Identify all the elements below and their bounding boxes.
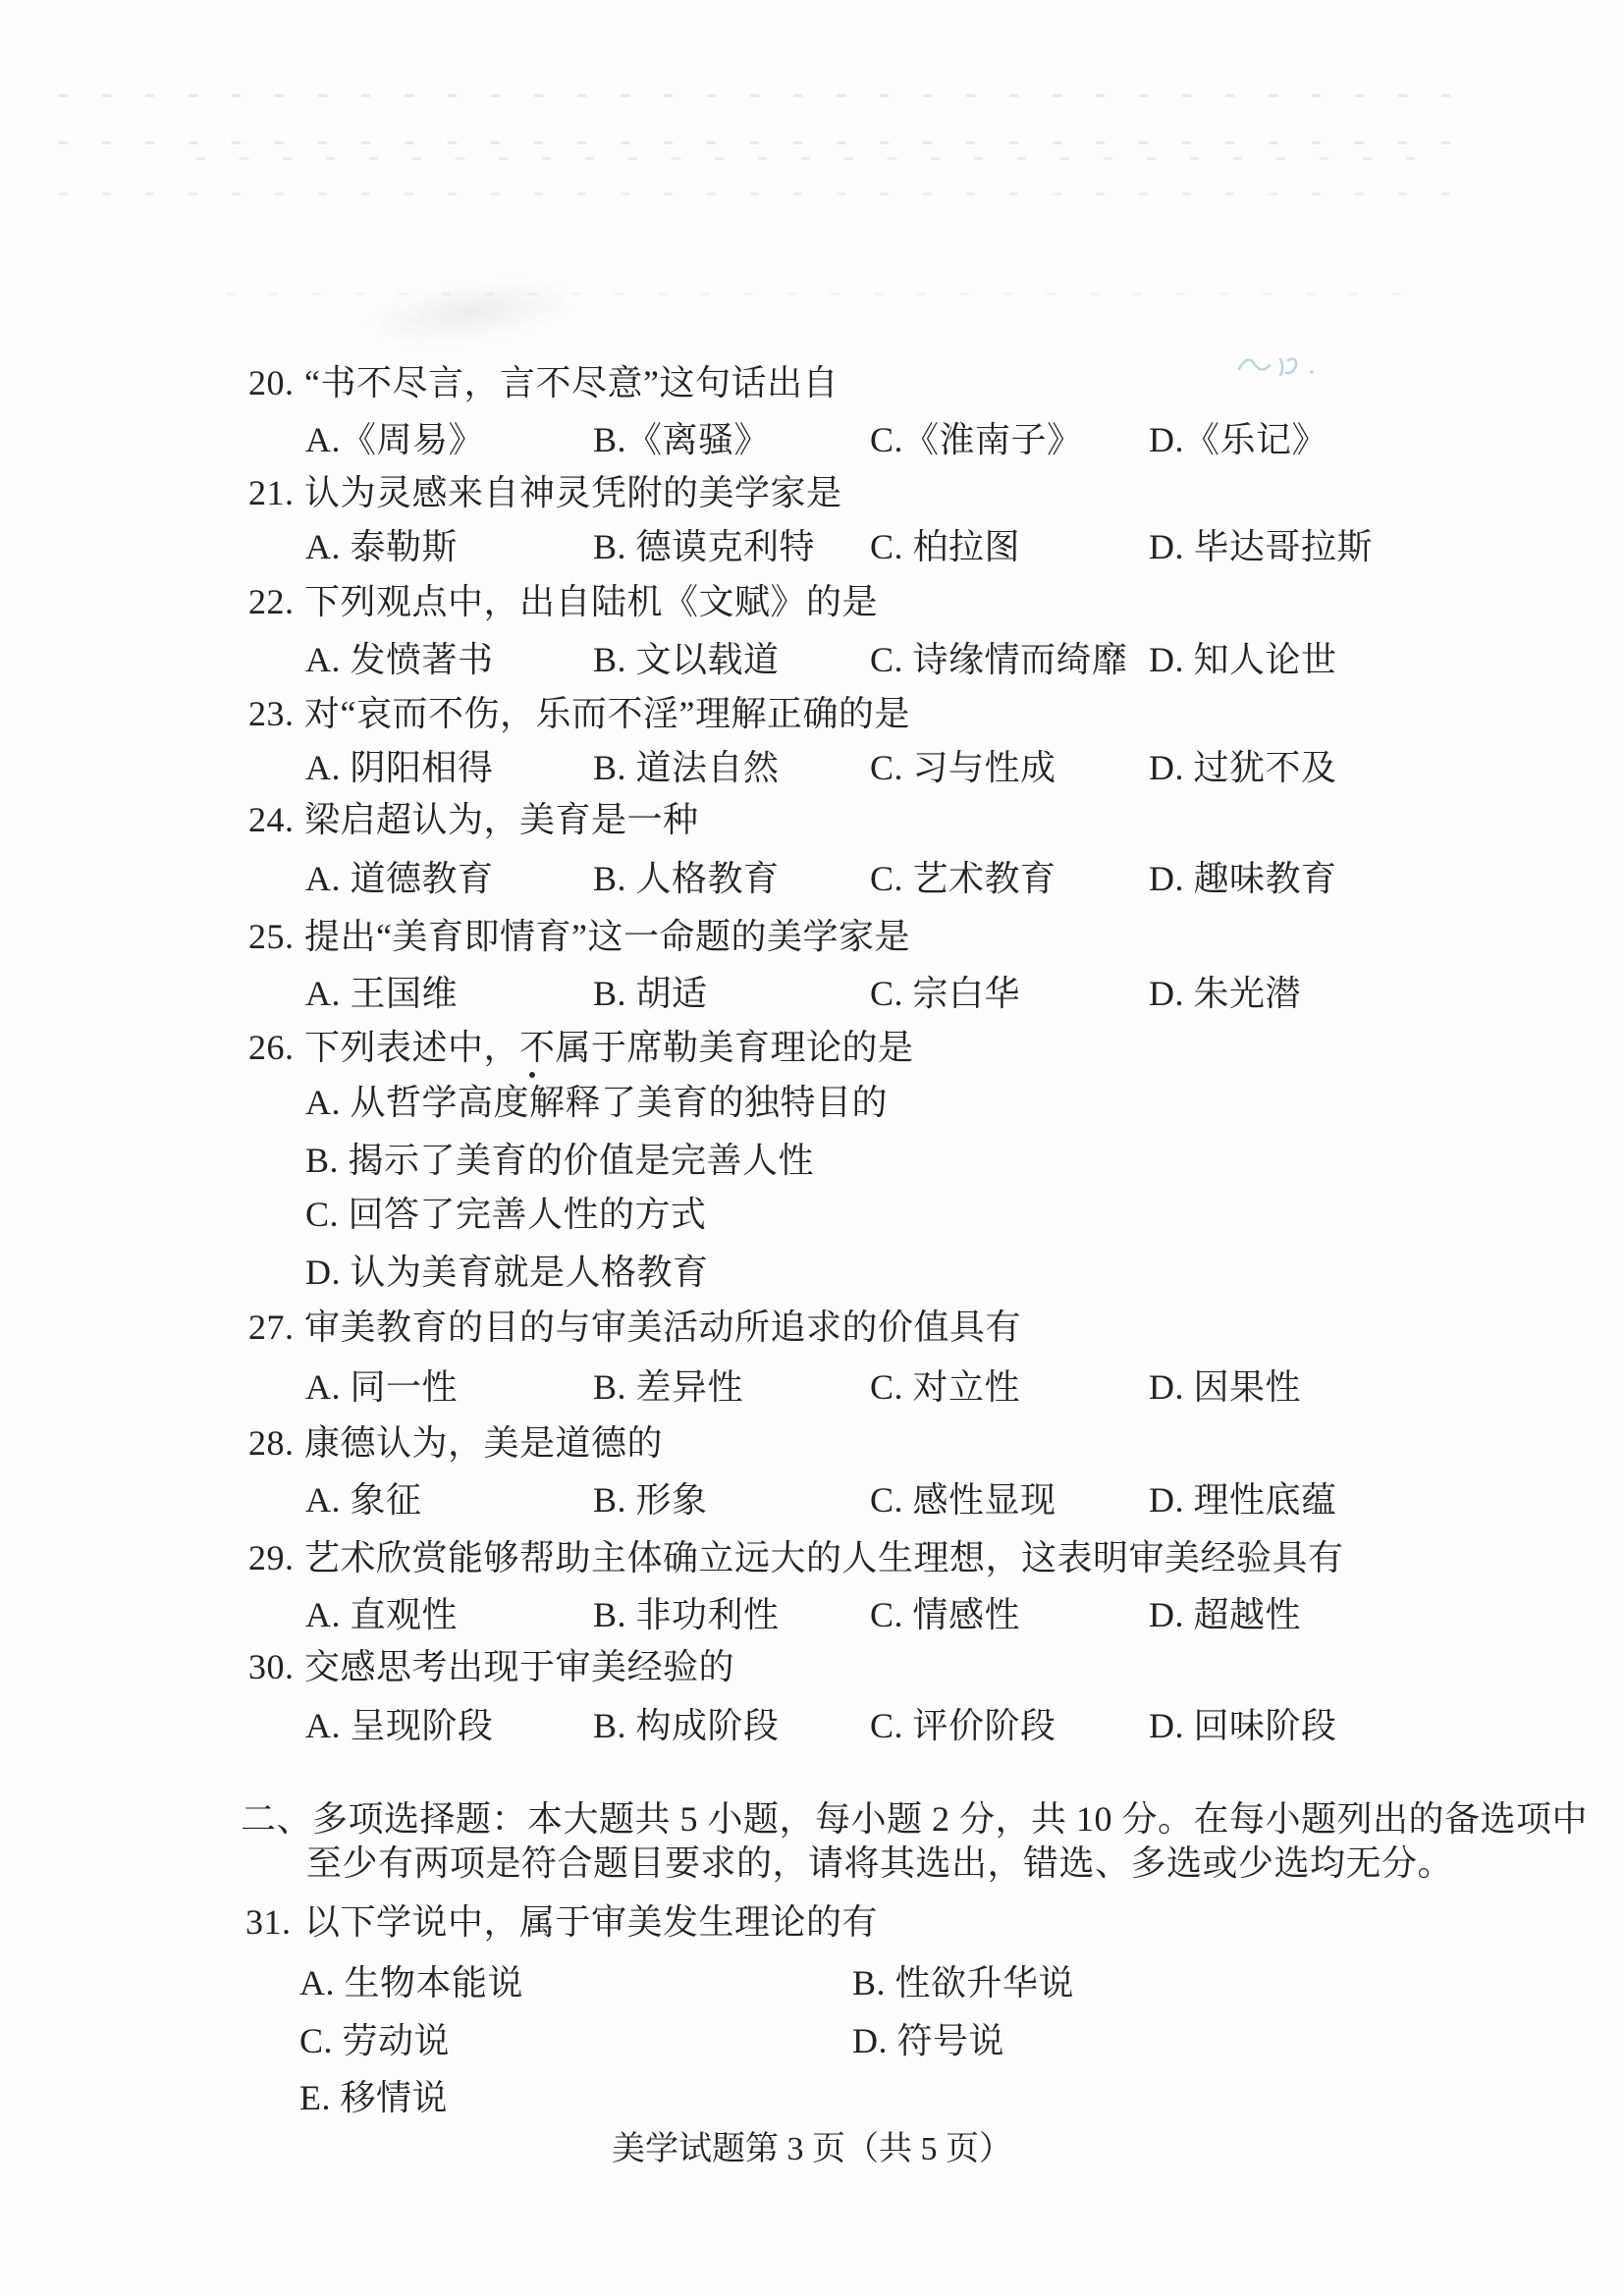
section-two-heading-text1: 二、多项选择题：本大题共 5 小题，每小题 2 分，共 10 分。在每小题列出的… xyxy=(241,1795,1588,1842)
question-25-text: 提出“美育即情育”这一命题的美学家是 xyxy=(304,913,910,960)
question-29-option-d: D. 超越性 xyxy=(1149,1591,1301,1638)
question-23-option-a: A. 阴阳相得 xyxy=(305,744,494,791)
scan-noise-line xyxy=(196,157,1424,160)
question-24-number: 24. xyxy=(248,796,295,843)
question-25-option-c: C. 宗白华 xyxy=(870,970,1020,1017)
question-30-option-d: D. 回味阶段 xyxy=(1149,1702,1337,1749)
question-21-option-d: D. 毕达哥拉斯 xyxy=(1149,523,1373,570)
exam-page: 20. “书不尽言，言不尽意”这句话出自 A.《周易》 B.《离骚》 C.《淮南… xyxy=(0,0,1624,2296)
question-31-options-e: E. 移情说 xyxy=(0,2074,1624,2121)
question-26-option-a: A. 从哲学高度解释了美育的独特目的 xyxy=(305,1079,888,1126)
question-31-option-a: A. 生物本能说 xyxy=(299,1959,523,2006)
question-31-number: 31. xyxy=(245,1898,292,1946)
question-28-options: A. 象征 B. 形象 C. 感性显现 D. 理性底蕴 xyxy=(0,1476,1624,1523)
question-23-option-b: B. 道法自然 xyxy=(593,744,780,791)
question-27-options: A. 同一性 B. 差异性 C. 对立性 D. 因果性 xyxy=(0,1363,1624,1411)
question-20-option-d: D.《乐记》 xyxy=(1149,416,1327,463)
question-24: 24. 梁启超认为，美育是一种 xyxy=(0,796,1624,843)
question-29-option-a: A. 直观性 xyxy=(305,1591,458,1638)
question-21-option-a: A. 泰勒斯 xyxy=(305,523,458,570)
question-21: 21. 认为灵感来自神灵凭附的美学家是 xyxy=(0,469,1624,516)
question-26-options-d: D. 认为美育就是人格教育 xyxy=(0,1249,1624,1296)
question-25-options: A. 王国维 B. 胡适 C. 宗白华 D. 朱光潜 xyxy=(0,970,1624,1017)
question-21-options: A. 泰勒斯 B. 德谟克利特 C. 柏拉图 D. 毕达哥拉斯 xyxy=(0,523,1624,570)
question-23: 23. 对“哀而不伤，乐而不淫”理解正确的是 xyxy=(0,690,1624,737)
question-23-option-d: D. 过犹不及 xyxy=(1149,744,1337,791)
question-20-option-c: C.《淮南子》 xyxy=(870,416,1083,463)
question-23-text: 对“哀而不伤，乐而不淫”理解正确的是 xyxy=(304,690,910,737)
question-24-option-c: C. 艺术教育 xyxy=(870,855,1056,902)
scan-noise-line xyxy=(59,94,1483,97)
question-31-option-e: E. 移情说 xyxy=(299,2074,448,2121)
question-30-option-b: B. 构成阶段 xyxy=(593,1702,780,1749)
question-31-option-d: D. 符号说 xyxy=(852,2017,1004,2064)
question-21-option-c: C. 柏拉图 xyxy=(870,523,1020,570)
question-31-option-c: C. 劳动说 xyxy=(299,2017,450,2064)
question-28: 28. 康德认为，美是道德的 xyxy=(0,1419,1624,1467)
question-25-option-b: B. 胡适 xyxy=(593,970,708,1017)
question-24-option-b: B. 人格教育 xyxy=(593,855,780,902)
question-27-number: 27. xyxy=(248,1304,295,1351)
question-22-text: 下列观点中，出自陆机《文赋》的是 xyxy=(304,578,878,625)
question-31: 31. 以下学说中，属于审美发生理论的有 xyxy=(0,1898,1624,1946)
question-26-option-d: D. 认为美育就是人格教育 xyxy=(305,1249,709,1296)
section-two-heading-text2: 至少有两项是符合题目要求的，请将其选出，错选、多选或少选均无分。 xyxy=(306,1840,1453,1887)
scan-smudge xyxy=(360,268,582,356)
question-27: 27. 审美教育的目的与审美活动所追求的价值具有 xyxy=(0,1304,1624,1351)
question-26-option-c: C. 回答了完善人性的方式 xyxy=(305,1191,707,1238)
question-22-option-d: D. 知人论世 xyxy=(1149,636,1337,683)
question-25-number: 25. xyxy=(248,913,295,960)
question-20-option-b: B.《离骚》 xyxy=(593,416,770,463)
question-21-option-b: B. 德谟克利特 xyxy=(593,523,815,570)
question-26-number: 26. xyxy=(248,1024,295,1071)
question-28-number: 28. xyxy=(248,1419,295,1467)
section-two-heading-line2: 至少有两项是符合题目要求的，请将其选出，错选、多选或少选均无分。 xyxy=(0,1840,1624,1887)
question-20-number: 20. xyxy=(248,359,295,406)
question-27-option-a: A. 同一性 xyxy=(305,1363,458,1411)
question-23-options: A. 阴阳相得 B. 道法自然 C. 习与性成 D. 过犹不及 xyxy=(0,744,1624,791)
question-28-option-d: D. 理性底蕴 xyxy=(1149,1476,1337,1523)
question-28-option-b: B. 形象 xyxy=(593,1476,708,1523)
question-29-option-c: C. 情感性 xyxy=(870,1591,1020,1638)
question-29-option-b: B. 非功利性 xyxy=(593,1591,780,1638)
scan-noise-line xyxy=(59,192,1483,195)
question-24-option-d: D. 趣味教育 xyxy=(1149,855,1337,902)
question-25: 25. 提出“美育即情育”这一命题的美学家是 xyxy=(0,913,1624,960)
question-27-text: 审美教育的目的与审美活动所追求的价值具有 xyxy=(304,1304,1021,1351)
question-29: 29. 艺术欣赏能够帮助主体确立远大的人生理想，这表明审美经验具有 xyxy=(0,1534,1624,1581)
question-31-options-cd: C. 劳动说 D. 符号说 xyxy=(0,2017,1624,2064)
question-20-option-a: A.《周易》 xyxy=(305,416,484,463)
question-27-option-c: C. 对立性 xyxy=(870,1363,1020,1411)
page-footer: 美学试题第 3 页（共 5 页） xyxy=(0,2128,1624,2171)
question-26-options-a: A. 从哲学高度解释了美育的独特目的 xyxy=(0,1079,1624,1126)
question-22-number: 22. xyxy=(248,578,295,625)
question-25-option-a: A. 王国维 xyxy=(305,970,458,1017)
question-21-text: 认为灵感来自神灵凭附的美学家是 xyxy=(304,469,842,516)
question-31-text: 以下学说中，属于审美发生理论的有 xyxy=(304,1898,878,1946)
question-30-text: 交感思考出现于审美经验的 xyxy=(304,1643,734,1690)
question-23-number: 23. xyxy=(248,690,295,737)
question-26-option-b: B. 揭示了美育的价值是完善人性 xyxy=(305,1137,814,1184)
question-22-options: A. 发愤著书 B. 文以载道 C. 诗缘情而绮靡 D. 知人论世 xyxy=(0,636,1624,683)
question-29-options: A. 直观性 B. 非功利性 C. 情感性 D. 超越性 xyxy=(0,1591,1624,1638)
question-27-option-d: D. 因果性 xyxy=(1149,1363,1301,1411)
question-20-text: “书不尽言，言不尽意”这句话出自 xyxy=(304,359,839,406)
question-29-number: 29. xyxy=(248,1534,295,1581)
emphasis-dot xyxy=(529,1072,535,1078)
question-30-option-c: C. 评价阶段 xyxy=(870,1702,1056,1749)
question-30-option-a: A. 呈现阶段 xyxy=(305,1702,494,1749)
question-29-text: 艺术欣赏能够帮助主体确立远大的人生理想，这表明审美经验具有 xyxy=(304,1534,1344,1581)
question-23-option-c: C. 习与性成 xyxy=(870,744,1056,791)
question-31-option-b: B. 性欲升华说 xyxy=(852,1959,1074,2006)
question-31-options-ab: A. 生物本能说 B. 性欲升华说 xyxy=(0,1959,1624,2006)
question-22-option-c: C. 诗缘情而绮靡 xyxy=(870,636,1128,683)
question-28-option-a: A. 象征 xyxy=(305,1476,422,1523)
question-28-option-c: C. 感性显现 xyxy=(870,1476,1056,1523)
question-28-text: 康德认为，美是道德的 xyxy=(304,1419,663,1467)
question-27-option-b: B. 差异性 xyxy=(593,1363,743,1411)
question-21-number: 21. xyxy=(248,469,295,516)
question-24-text: 梁启超认为，美育是一种 xyxy=(304,796,699,843)
question-22-option-b: B. 文以载道 xyxy=(593,636,780,683)
question-30: 30. 交感思考出现于审美经验的 xyxy=(0,1643,1624,1690)
question-24-options: A. 道德教育 B. 人格教育 C. 艺术教育 D. 趣味教育 xyxy=(0,855,1624,902)
question-24-option-a: A. 道德教育 xyxy=(305,855,494,902)
question-26: 26. 下列表述中，不属于席勒美育理论的是 xyxy=(0,1024,1624,1071)
question-22-option-a: A. 发愤著书 xyxy=(305,636,494,683)
question-26-text: 下列表述中，不属于席勒美育理论的是 xyxy=(304,1024,914,1071)
question-25-option-d: D. 朱光潜 xyxy=(1149,970,1301,1017)
page-footer-text: 美学试题第 3 页（共 5 页） xyxy=(612,2131,1012,2167)
question-20-options: A.《周易》 B.《离骚》 C.《淮南子》 D.《乐记》 xyxy=(0,416,1624,463)
question-26-options-b: B. 揭示了美育的价值是完善人性 xyxy=(0,1137,1624,1184)
question-30-number: 30. xyxy=(248,1643,295,1690)
question-20: 20. “书不尽言，言不尽意”这句话出自 xyxy=(0,359,1624,406)
section-two-heading-line1: 二、多项选择题：本大题共 5 小题，每小题 2 分，共 10 分。在每小题列出的… xyxy=(0,1795,1624,1842)
scan-noise-line xyxy=(59,141,1483,144)
question-22: 22. 下列观点中，出自陆机《文赋》的是 xyxy=(0,578,1624,625)
question-26-options-c: C. 回答了完善人性的方式 xyxy=(0,1191,1624,1238)
question-30-options: A. 呈现阶段 B. 构成阶段 C. 评价阶段 D. 回味阶段 xyxy=(0,1702,1624,1749)
